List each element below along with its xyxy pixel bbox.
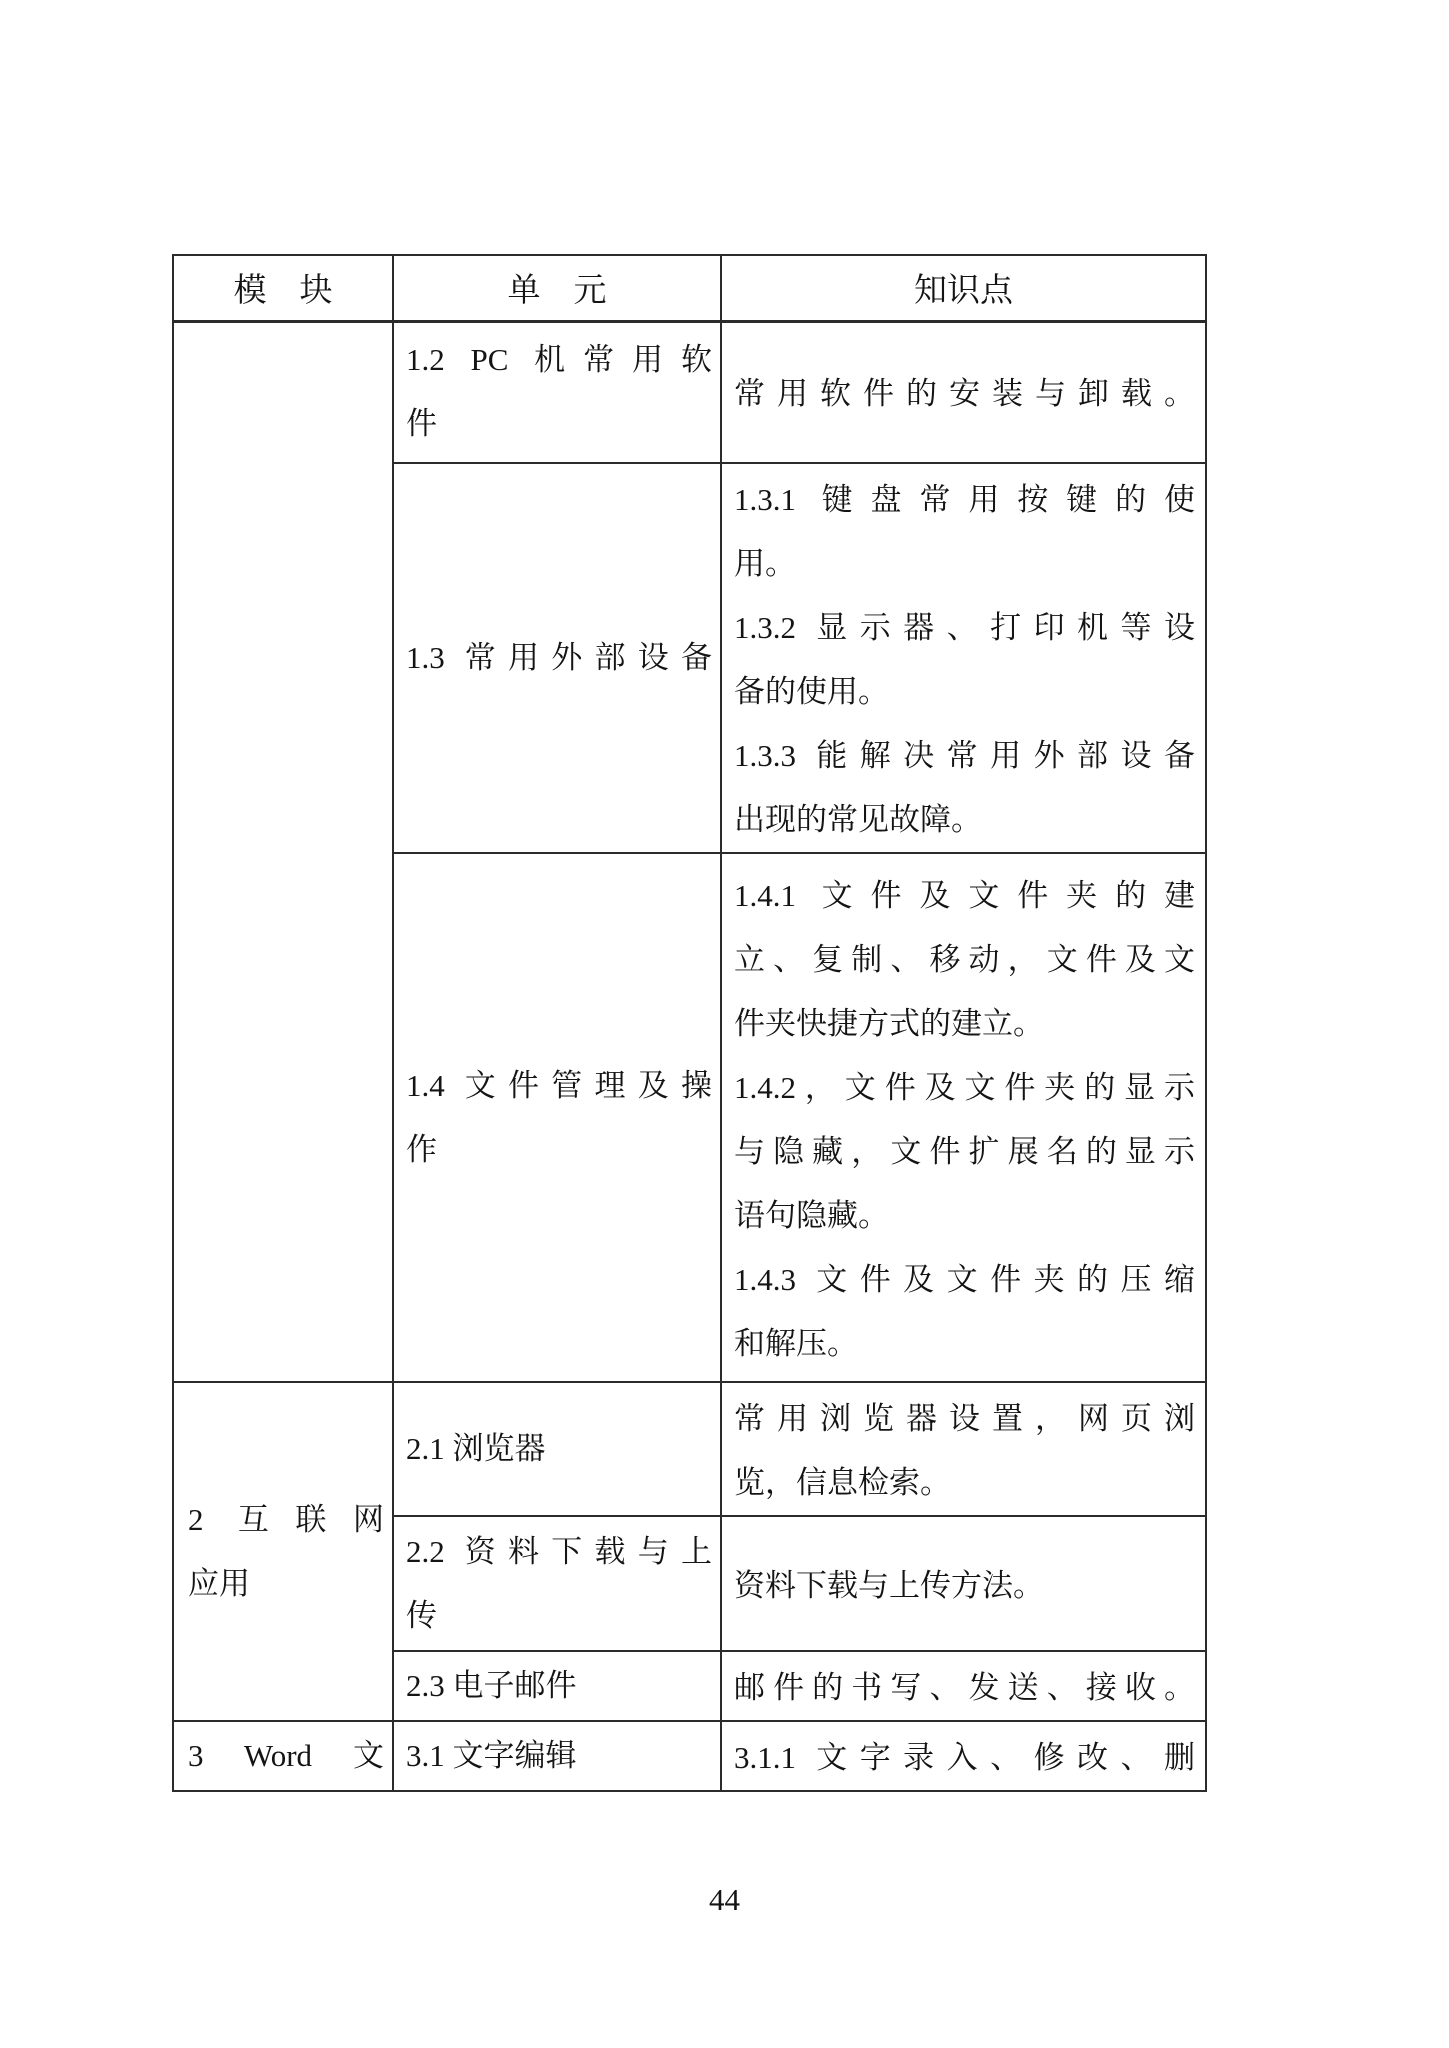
text-line: 3 Word 文 <box>188 1724 384 1788</box>
unit-cell: 1.3 常用外部设备 <box>393 463 721 853</box>
text-line: 语句隐藏。 <box>734 1184 1195 1248</box>
text-line: 1.3.3 能解决常用外部设备 <box>734 724 1195 788</box>
unit-cell: 1.4 文件管理及操作 <box>393 853 721 1382</box>
unit-cell: 2.3 电子邮件 <box>393 1651 721 1721</box>
knowledge-cell: 1.4.1 文件及文件夹的建立、复制、移动，文件及文件夹快捷方式的建立。1.4.… <box>721 853 1206 1382</box>
text-line: 备的使用。 <box>734 660 1195 724</box>
text-line: 1.4.3 文件及文件夹的压缩 <box>734 1248 1195 1312</box>
knowledge-cell: 资料下载与上传方法。 <box>721 1516 1206 1651</box>
text-line: 出现的常见故障。 <box>734 788 1195 852</box>
text-line: 1.4 文件管理及操 <box>406 1054 712 1118</box>
text-line: 立、复制、移动，文件及文 <box>734 928 1195 992</box>
text-line: 应用 <box>188 1552 384 1616</box>
text-line: 件夹快捷方式的建立。 <box>734 992 1195 1056</box>
unit-cell: 3.1 文字编辑 <box>393 1721 721 1791</box>
text-line: 1.2 PC 机常用软 <box>406 328 712 392</box>
knowledge-cell: 3.1.1 文字录入、修改、删 <box>721 1721 1206 1791</box>
text-line: 常用浏览器设置，网页浏 <box>734 1387 1195 1451</box>
text-line: 2.2 资料下载与上 <box>406 1520 712 1584</box>
text-line: 传 <box>406 1584 712 1648</box>
module-cell-section-1 <box>173 321 393 1382</box>
text-line: 2 互联网 <box>188 1488 384 1552</box>
text-line: 1.4.1 文件及文件夹的建 <box>734 864 1195 928</box>
knowledge-cell: 常用软件的安装与卸载。 <box>721 321 1206 463</box>
text-line: 1.3.1 键盘常用按键的使 <box>734 468 1195 532</box>
text-line: 2.3 电子邮件 <box>406 1654 712 1718</box>
text-line: 3.1 文字编辑 <box>406 1724 712 1788</box>
text-line: 1.3 常用外部设备 <box>406 626 712 690</box>
table-row: 2 互联网应用2.1 浏览器常用浏览器设置，网页浏览，信息检索。 <box>173 1382 1206 1516</box>
unit-cell: 2.2 资料下载与上传 <box>393 1516 721 1651</box>
text-line: 件 <box>406 392 712 456</box>
text-line: 与隐藏，文件扩展名的显示 <box>734 1120 1195 1184</box>
text-line: 2.1 浏览器 <box>406 1417 712 1481</box>
header-unit: 单 元 <box>393 255 721 321</box>
table-row: 3 Word 文3.1 文字编辑3.1.1 文字录入、修改、删 <box>173 1721 1206 1791</box>
header-knowledge: 知识点 <box>721 255 1206 321</box>
text-line: 用。 <box>734 532 1195 596</box>
module-cell-section-2: 2 互联网应用 <box>173 1382 393 1721</box>
unit-cell: 2.1 浏览器 <box>393 1382 721 1516</box>
knowledge-cell: 邮件的书写、发送、接收。 <box>721 1651 1206 1721</box>
knowledge-cell: 1.3.1 键盘常用按键的使用。1.3.2 显示器、打印机等设备的使用。1.3.… <box>721 463 1206 853</box>
text-line: 览，信息检索。 <box>734 1451 1195 1515</box>
table-row: 1.2 PC 机常用软件常用软件的安装与卸载。 <box>173 321 1206 463</box>
text-line: 1.4.2，文件及文件夹的显示 <box>734 1056 1195 1120</box>
text-line: 常用软件的安装与卸载。 <box>734 362 1195 426</box>
text-line: 3.1.1 文字录入、修改、删 <box>734 1726 1195 1790</box>
text-line: 作 <box>406 1118 712 1182</box>
module-cell-section-3: 3 Word 文 <box>173 1721 393 1791</box>
text-line: 资料下载与上传方法。 <box>734 1554 1195 1618</box>
text-line: 邮件的书写、发送、接收。 <box>734 1656 1195 1720</box>
document-page: 模 块 单 元 知识点 1.2 PC 机常用软件常用软件的安装与卸载。1.3 常… <box>0 0 1449 2048</box>
knowledge-cell: 常用浏览器设置，网页浏览，信息检索。 <box>721 1382 1206 1516</box>
text-line: 和解压。 <box>734 1312 1195 1376</box>
knowledge-points-table: 模 块 单 元 知识点 1.2 PC 机常用软件常用软件的安装与卸载。1.3 常… <box>172 254 1207 1792</box>
header-module: 模 块 <box>173 255 393 321</box>
table-header-row: 模 块 单 元 知识点 <box>173 255 1206 321</box>
text-line: 1.3.2 显示器、打印机等设 <box>734 596 1195 660</box>
unit-cell: 1.2 PC 机常用软件 <box>393 321 721 463</box>
page-number: 44 <box>0 1882 1449 1918</box>
table-body: 1.2 PC 机常用软件常用软件的安装与卸载。1.3 常用外部设备1.3.1 键… <box>173 321 1206 1791</box>
